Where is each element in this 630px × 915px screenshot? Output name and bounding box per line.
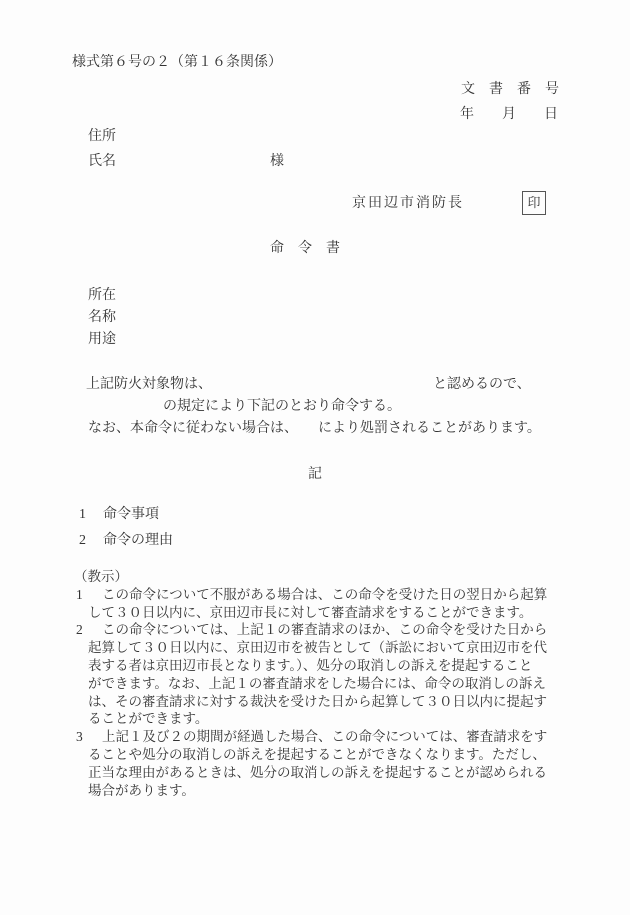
body-line-2: の規定により下記のとおり命令する。 — [163, 398, 401, 416]
order-item-1: 1命令事項 — [79, 506, 159, 524]
kyoji-item-3-line-3: 正当な理由があるときは、処分の取消しの訴えを提起することが認められる — [74, 764, 574, 782]
form-number: 様式第６号の２（第１６条関係） — [72, 54, 282, 72]
kyoji-item-2-line-3: 表する者は京田辺市長となります。）、処分の取消しの訴えを提起すること — [74, 657, 574, 675]
ki-marker: 記 — [0, 466, 630, 484]
kyoji-item-2-line-5: は、その審査請求に対する裁決を受けた日から起算して３０日以内に提起す — [74, 693, 574, 711]
kyoji-item-3-number: 3 — [74, 728, 102, 746]
order-item-2: 2命令の理由 — [79, 532, 173, 550]
kyoji-item-2-line-6: ることができます。 — [74, 710, 574, 728]
body-line-1: 上記防火対象物は、 と認めるので、 — [0, 376, 630, 396]
body-line-1-right: と認めるので、 — [433, 376, 531, 394]
kyoji-item-3-line-1: 3上記１及び２の期間が経過した場合、この命令については、審査請求をす — [74, 728, 574, 746]
date-label: 年 月 日 — [460, 106, 558, 124]
kyoji-item-1-line-1: 1この命令について不服がある場合は、この命令を受けた日の翌日から起算 — [74, 586, 574, 604]
document-title: 命 令 書 — [0, 240, 610, 258]
property-use-label: 用途 — [88, 331, 116, 349]
seal-mark: 印 — [522, 191, 546, 215]
kyoji-section: （教示） 1この命令について不服がある場合は、この命令を受けた日の翌日から起算 … — [74, 568, 574, 799]
property-location-label: 所在 — [88, 287, 116, 305]
kyoji-item-1-number: 1 — [74, 586, 102, 604]
body-line-3-left: なお、本命令に従わない場合は、 — [88, 421, 298, 436]
kyoji-item-2-line-1: 2この命令については、上記１の審査請求のほか、この命令を受けた日から — [74, 621, 574, 639]
order-item-1-text: 命令事項 — [103, 507, 159, 522]
kyoji-item-2-line-4: ができます。なお、上記１の審査請求をした場合には、命令の取消しの訴え — [74, 675, 574, 693]
property-name-label: 名称 — [88, 309, 116, 327]
kyoji-item-1-line-2: して３０日以内に、京田辺市長に対して審査請求をすることができます。 — [74, 604, 574, 622]
kyoji-item-3-line-2: ることや処分の取消しの訴えを提起することができなくなります。ただし、 — [74, 746, 574, 764]
body-line-3: なお、本命令に従わない場合は、により処罰されることがあります。 — [88, 420, 541, 438]
doc-number-label: 文 書 番 号 — [461, 81, 559, 99]
body-line-1-left: 上記防火対象物は、 — [86, 376, 212, 394]
order-item-2-number: 2 — [79, 532, 103, 550]
order-item-2-text: 命令の理由 — [103, 533, 173, 548]
body-line-3-right: により処罰されることがあります。 — [318, 421, 541, 436]
kyoji-item-3-text: 上記１及び２の期間が経過した場合、この命令については、審査請求をす — [102, 729, 547, 744]
kyoji-item-2-line-2: 起算して３０日以内に、京田辺市を被告として（訴訟において京田辺市を代 — [74, 639, 574, 657]
kyoji-item-1-text: この命令について不服がある場合は、この命令を受けた日の翌日から起算 — [102, 587, 547, 602]
order-item-1-number: 1 — [79, 506, 103, 524]
address-label: 住所 — [88, 128, 116, 146]
issuer-title: 京田辺市消防長 — [352, 195, 464, 213]
kyoji-item-3-line-4: 場合があります。 — [74, 782, 574, 800]
order-document-page: 様式第６号の２（第１６条関係） 文 書 番 号 年 月 日 住所 氏名 様 京田… — [0, 0, 630, 915]
kyoji-item-2-number: 2 — [74, 621, 102, 639]
kyoji-heading: （教示） — [74, 568, 574, 586]
recipient-honorific: 様 — [270, 153, 284, 171]
name-label: 氏名 — [88, 153, 116, 171]
kyoji-item-2-text: この命令については、上記１の審査請求のほか、この命令を受けた日から — [102, 622, 547, 637]
